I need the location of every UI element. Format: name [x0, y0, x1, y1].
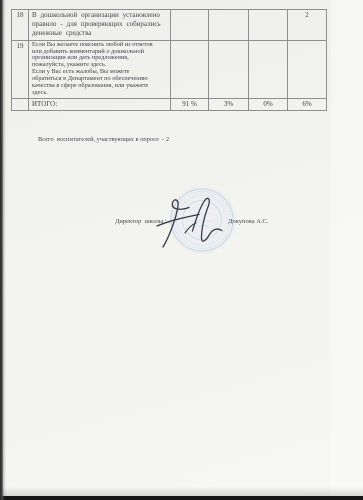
table-total-row: ИТОГО: 91 % 3% 0% 6% [12, 98, 327, 110]
question-text: Если Вы желаете пояснить любой из ответо… [29, 40, 171, 98]
total-value: 91 % [171, 98, 209, 110]
answer-cell [209, 10, 249, 41]
director-name: Докунова А.С. [228, 218, 269, 225]
answer-cell [209, 40, 249, 98]
answer-cell [171, 40, 209, 98]
scan-edge-bottom [0, 496, 363, 500]
scanned-document-page: 18 В дошкольной организации установлено … [0, 0, 363, 500]
scan-edge-left [0, 0, 6, 500]
official-stamp-icon [168, 186, 236, 254]
scan-shadow-bottom [0, 487, 363, 496]
total-value: 6% [288, 98, 327, 110]
total-value: 3% [209, 98, 249, 110]
total-label: ИТОГО: [29, 98, 171, 110]
question-text: В дошкольной организации установлено пра… [29, 10, 171, 41]
row-number: 19 [12, 40, 29, 98]
answer-cell [249, 10, 288, 41]
scan-light-band [331, 0, 363, 500]
table-row-19: 19 Если Вы желаете пояснить любой из отв… [12, 40, 327, 98]
answer-cell: 2 [288, 10, 327, 41]
answer-cell [288, 40, 327, 98]
row-number-empty [12, 98, 29, 110]
table-row-18: 18 В дошкольной организации установлено … [12, 10, 327, 41]
director-role-label: Директор школы : [115, 218, 167, 225]
total-value: 0% [249, 98, 288, 110]
row-number: 18 [12, 10, 29, 41]
respondent-count-line: Всего воспитателей, участвующих в опросе… [38, 136, 169, 143]
answer-cell [171, 10, 209, 41]
survey-results-table: 18 В дошкольной организации установлено … [11, 9, 327, 111]
answer-cell [249, 40, 288, 98]
